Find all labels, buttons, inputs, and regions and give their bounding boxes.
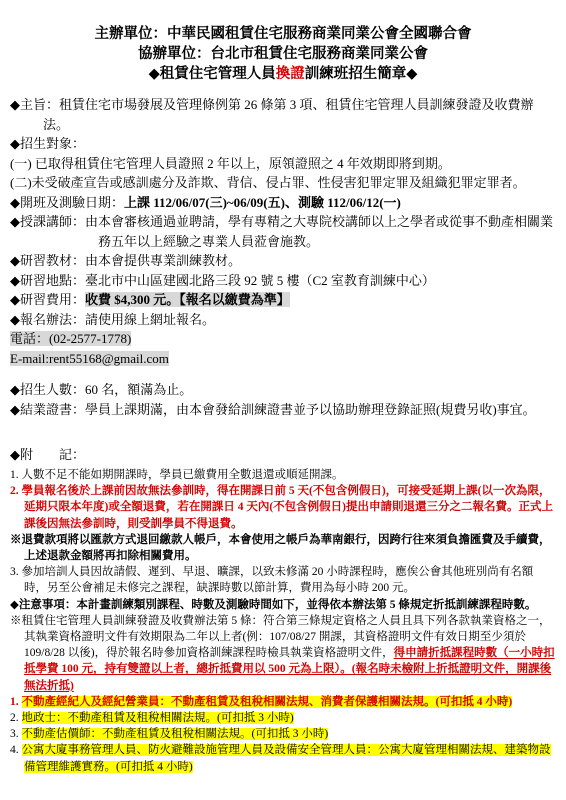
audience-item-1: (一) 已取得租賃住宅管理人員證照 2 年以上，原領證照之 4 年效期即將到期。 bbox=[10, 154, 556, 174]
location-item: ◆研習地點：臺北市中山區建國北路三段 92 號 5 樓（C2 室教育訓練中心） bbox=[10, 271, 556, 291]
fee-item: ◆研習費用：收費 $4,300 元。【報名以繳費為準】 bbox=[10, 290, 556, 310]
materials-text: 由本會提供專業訓練教材。 bbox=[85, 253, 241, 268]
deduction-2-num: 2. bbox=[10, 712, 19, 724]
fee-value: 收費 $4,300 元。【報名以繳費為準】 bbox=[85, 292, 290, 307]
instructor-text: 由本會審核通過並聘請，學有專精之大專院校講師以上之學者或從事不動產相關業務五年以… bbox=[85, 214, 553, 249]
purpose-item: ◆主旨：租賃住宅市場發展及管理條例第 26 條第 3 項、租賃住宅管理人員訓練發… bbox=[10, 95, 556, 134]
deduction-3-text: 不動產估價師：不動產租賃及租稅相關法規。(可扣抵 3 小時) bbox=[22, 728, 329, 740]
note-3-text: 參加培訓人員因故請假、遲到、早退、曠課，以致未修滿 20 小時課程時，應俟公會其… bbox=[22, 566, 534, 594]
capacity-text: 60 名，額滿為止。 bbox=[85, 382, 192, 397]
registration-text: 請使用線上網址報名。 bbox=[85, 312, 215, 327]
title-emphasis: 換證 bbox=[276, 66, 305, 82]
flyer-header: 主辦單位：中華民國租賃住宅服務商業同業公會全國聯合會 協辦單位：台北市租賃住宅服… bbox=[10, 24, 556, 84]
co-organizer-line: 協辦單位：台北市租賃住宅服務商業同業公會 bbox=[10, 44, 556, 64]
purpose-label: ◆主旨： bbox=[10, 97, 59, 112]
notes-heading: ◆附 記： bbox=[10, 445, 556, 465]
audience-item-2: (二)未受破產宣告或感訓處分及詐欺、背信、侵占罪、性侵害犯罪定罪及組織犯罪定罪者… bbox=[10, 173, 556, 193]
note-item-1: 1. 人數不足不能如期開課時，學員已繳費用全數退還或順延開課。 bbox=[10, 467, 556, 483]
materials-item: ◆研習教材：由本會提供專業訓練教材。 bbox=[10, 251, 556, 271]
note-item-2: 2. 學員報名後於上課前因故無法參訓時，得在開課日前 5 天(不包含例假日)，可… bbox=[10, 483, 556, 532]
certificate-item: ◆結業證書：學員上課期滿，由本會發給訓練證書並予以協助辦理登錄証照(規費另收)事… bbox=[10, 400, 556, 420]
registration-item: ◆報名辦法：請使用線上網址報名。 bbox=[10, 310, 556, 330]
location-text: 臺北市中山區建國北路三段 92 號 5 樓（C2 室教育訓練中心） bbox=[85, 273, 435, 288]
title-suffix: 訓練班招生簡章◆ bbox=[305, 66, 418, 82]
note-item-3: 3. 參加培訓人員因故請假、遲到、早退、曠課，以致未修滿 20 小時課程時，應俟… bbox=[10, 564, 556, 596]
email-line: E-mail:rent55168@gmail.com bbox=[10, 349, 556, 369]
instructor-item: ◆授課講師：由本會審核通過並聘請，學有專精之大專院校講師以上之學者或從事不動產相… bbox=[10, 212, 556, 251]
rule5-note: ※租賃住宅管理人員訓練發證及收費辦法第 5 條：符合第三條規定資格之人員且具下列… bbox=[10, 613, 556, 694]
note-1-text: 人數不足不能如期開課時，學員已繳費用全數退還或順延開課。 bbox=[22, 469, 344, 481]
deduction-1-text: 不動產經紀人及經紀營業員：不動產租賃及租稅相關法規、消費者保護相關法規。(可扣抵… bbox=[22, 696, 513, 708]
page-title: ◆租賃住宅管理人員換證訓練班招生簡章◆ bbox=[10, 64, 556, 84]
deduction-item-2: 2. 地政士：不動產租賃及租稅相關法規。(可扣抵 3 小時) bbox=[10, 710, 556, 726]
admission-flyer-page: 主辦單位：中華民國租賃住宅服務商業同業公會全國聯合會 協辦單位：台北市租賃住宅服… bbox=[0, 0, 566, 800]
schedule-item: ◆開班及測驗日期：上課 112/06/07(三)~06/09(五)、測驗 112… bbox=[10, 193, 556, 213]
capacity-label: ◆招生人數： bbox=[10, 382, 85, 397]
capacity-item: ◆招生人數：60 名，額滿為止。 bbox=[10, 380, 556, 400]
note-2-text: 學員報名後於上課前因故無法參訓時，得在開課日前 5 天(不包含例假日)，可接受延… bbox=[22, 485, 553, 529]
location-label: ◆研習地點： bbox=[10, 273, 85, 288]
materials-label: ◆研習教材： bbox=[10, 253, 85, 268]
audience-label-line: ◆招生對象： bbox=[10, 134, 556, 154]
note-2-num: 2. bbox=[10, 485, 19, 497]
deduction-item-1: 1. 不動產經紀人及經紀營業員：不動產租賃及租稅相關法規、消費者保護相關法規。(… bbox=[10, 694, 556, 710]
notes-section: ◆附 記： 1. 人數不足不能如期開課時，學員已繳費用全數退還或順延開課。 2.… bbox=[10, 445, 556, 775]
phone-line: 電話：(02-2577-1778) bbox=[10, 329, 556, 349]
deduction-item-3: 3. 不動產估價師：不動產租賃及租稅相關法規。(可扣抵 3 小時) bbox=[10, 726, 556, 742]
deduction-1-num: 1. bbox=[10, 696, 19, 708]
attention-note: ◆注意事項：本計畫訓練類別課程、時數及測驗時間如下，並得依本辦法第 5 條規定折… bbox=[10, 597, 556, 613]
info-section: ◆主旨：租賃住宅市場發展及管理條例第 26 條第 3 項、租賃住宅管理人員訓練發… bbox=[10, 95, 556, 419]
organizer-line: 主辦單位：中華民國租賃住宅服務商業同業公會全國聯合會 bbox=[10, 24, 556, 44]
email-value: E-mail:rent55168@gmail.com bbox=[10, 351, 169, 366]
purpose-text: 租賃住宅市場發展及管理條例第 26 條第 3 項、租賃住宅管理人員訓練發證及收費… bbox=[43, 97, 534, 132]
certificate-text: 學員上課期滿，由本會發給訓練證書並予以協助辦理登錄証照(規費另收)事宜。 bbox=[85, 402, 536, 417]
deduction-item-4: 4. 公寓大廈事務管理人員、防火避難設施管理人員及設備安全管理人員：公寓大廈管理… bbox=[10, 742, 556, 774]
fee-label: ◆研習費用： bbox=[10, 292, 85, 307]
note-1-num: 1. bbox=[10, 469, 19, 481]
schedule-label: ◆開班及測驗日期： bbox=[10, 195, 124, 210]
deduction-4-num: 4. bbox=[10, 744, 19, 756]
title-prefix: ◆租賃住宅管理人員 bbox=[149, 66, 276, 82]
audience-label: ◆招生對象： bbox=[10, 136, 85, 151]
deduction-2-text: 地政士：不動產租賃及租稅相關法規。(可扣抵 3 小時) bbox=[22, 712, 294, 724]
note-3-num: 3. bbox=[10, 566, 19, 578]
refund-note: ※退費款項將以匯款方式退回繳款人帳戶，本會使用之帳戶為華南銀行，因跨行往來須負擔… bbox=[10, 532, 556, 564]
registration-label: ◆報名辦法： bbox=[10, 312, 85, 327]
phone-value: 電話：(02-2577-1778) bbox=[10, 331, 131, 346]
certificate-label: ◆結業證書： bbox=[10, 402, 85, 417]
deduction-4-text: 公寓大廈事務管理人員、防火避難設施管理人員及設備安全管理人員：公寓大廈管理相關法… bbox=[22, 744, 551, 772]
deduction-3-num: 3. bbox=[10, 728, 19, 740]
schedule-value: 上課 112/06/07(三)~06/09(五)、測驗 112/06/12(一) bbox=[124, 195, 401, 210]
instructor-label: ◆授課講師： bbox=[10, 214, 85, 229]
